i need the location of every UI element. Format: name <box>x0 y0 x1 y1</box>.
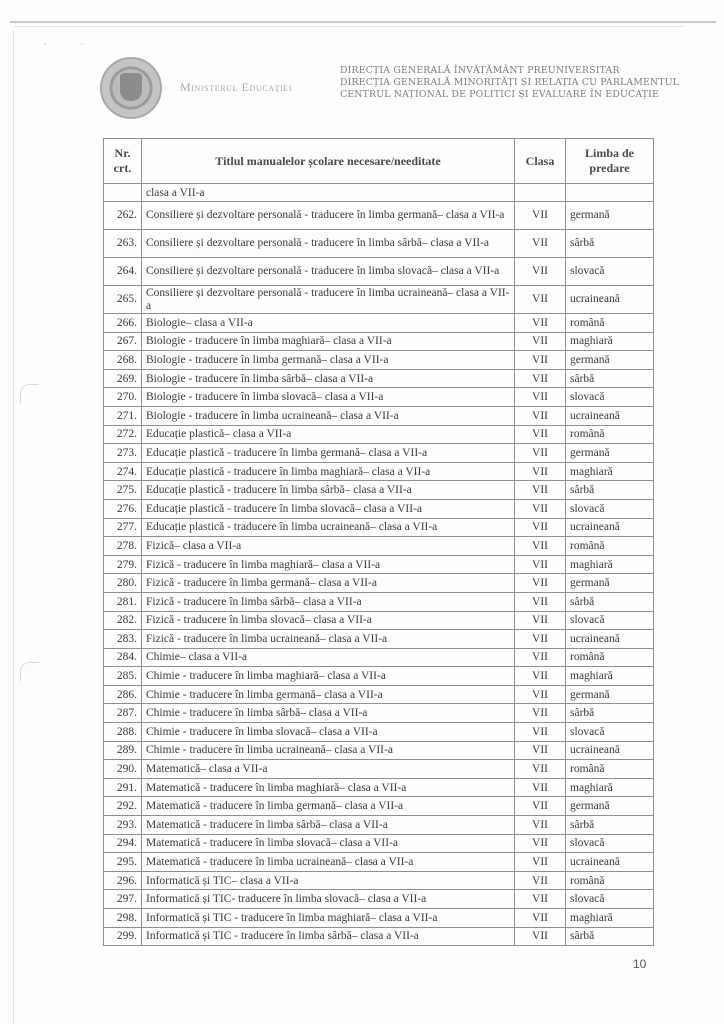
table-row: 283.Fizică - traducere în limba ucrainea… <box>104 630 654 649</box>
row-limba: germană <box>566 797 654 816</box>
table-row: 299.Informatică și TIC - traducere în li… <box>104 927 654 946</box>
row-limba: ucraineană <box>566 630 654 649</box>
row-clasa: VII <box>515 909 566 928</box>
row-title: Matematică - traducere în limba maghiară… <box>142 778 515 797</box>
row-number: 267. <box>104 332 142 351</box>
row-limba: sârbă <box>566 369 654 388</box>
row-title: Educație plastică - traducere în limba s… <box>142 499 515 518</box>
row-clasa: VII <box>515 723 566 742</box>
table-row: 262.Consiliere și dezvoltare personală -… <box>104 202 654 230</box>
row-number: 273. <box>104 444 142 463</box>
row-clasa: VII <box>515 286 566 314</box>
row-title: Biologie - traducere în limba sârbă– cla… <box>142 369 515 388</box>
row-title: Biologie– clasa a VII-a <box>142 314 515 333</box>
row-number: 282. <box>104 611 142 630</box>
table-row: 293.Matematică - traducere în limba sârb… <box>104 816 654 835</box>
row-number: 283. <box>104 630 142 649</box>
row-title: Chimie - traducere în limba ucraineană– … <box>142 741 515 760</box>
row-clasa: VII <box>515 369 566 388</box>
page-number: 10 <box>633 957 646 971</box>
document-header: Ministerul Educației DIRECȚIA GENERALĂ Î… <box>96 55 684 125</box>
row-title: Chimie - traducere în limba germană– cla… <box>142 685 515 704</box>
table-row: 276.Educație plastică - traducere în lim… <box>104 499 654 518</box>
row-title: Biologie - traducere în limba ucraineană… <box>142 406 515 425</box>
row-title: Fizică - traducere în limba ucraineană– … <box>142 630 515 649</box>
row-number: 292. <box>104 797 142 816</box>
row-number: 298. <box>104 909 142 928</box>
direction-line: CENTRUL NAȚIONAL DE POLITICI ȘI EVALUARE… <box>340 89 679 101</box>
row-clasa: VII <box>515 351 566 370</box>
row-limba: sârbă <box>566 481 654 500</box>
row-limba: română <box>566 314 654 333</box>
row-clasa: VII <box>515 258 566 286</box>
row-title: Matematică - traducere în limba ucrainea… <box>142 853 515 872</box>
directions-block: DIRECȚIA GENERALĂ ÎNVĂȚĂMÂNT PREUNIVERSI… <box>340 65 679 101</box>
row-title: Matematică - traducere în limba germană–… <box>142 797 515 816</box>
table-row: 289.Chimie - traducere în limba ucrainea… <box>104 741 654 760</box>
direction-line: DIRECȚIA GENERALĂ ÎNVĂȚĂMÂNT PREUNIVERSI… <box>340 65 679 77</box>
table-row: 286.Chimie - traducere în limba germană–… <box>104 685 654 704</box>
row-clasa: VII <box>515 685 566 704</box>
table-row: 296.Informatică și TIC– clasa a VII-aVII… <box>104 871 654 890</box>
row-limba: sârbă <box>566 816 654 835</box>
row-number: 264. <box>104 258 142 286</box>
row-clasa: VII <box>515 853 566 872</box>
row-limba: maghiară <box>566 778 654 797</box>
scan-dots: · · <box>44 40 99 49</box>
table-row: 268.Biologie - traducere în limba german… <box>104 351 654 370</box>
table-row: 267.Biologie - traducere în limba maghia… <box>104 332 654 351</box>
row-limba: maghiară <box>566 462 654 481</box>
direction-line: DIRECȚIA GENERALĂ MINORITĂȚI ȘI RELAȚIA … <box>340 77 679 89</box>
table-row: 285.Chimie - traducere în limba maghiară… <box>104 667 654 686</box>
table-row: 271.Biologie - traducere în limba ucrain… <box>104 406 654 425</box>
row-title: Consiliere și dezvoltare personală - tra… <box>142 286 515 314</box>
row-limba: română <box>566 537 654 556</box>
row-title: Matematică - traducere în limba slovacă–… <box>142 834 515 853</box>
row-clasa: VII <box>515 778 566 797</box>
row-number: 270. <box>104 388 142 407</box>
row-number: 275. <box>104 481 142 500</box>
row-number: 295. <box>104 853 142 872</box>
row-clasa: VII <box>515 202 566 230</box>
row-clasa: VII <box>515 816 566 835</box>
row-title: Fizică - traducere în limba maghiară– cl… <box>142 555 515 574</box>
row-clasa: VII <box>515 667 566 686</box>
header-limba: Limba de predare <box>566 139 654 184</box>
row-clasa: VII <box>515 630 566 649</box>
row-number: 266. <box>104 314 142 333</box>
row-number: 263. <box>104 230 142 258</box>
table-row: 263.Consiliere și dezvoltare personală -… <box>104 230 654 258</box>
table-row: 279.Fizică - traducere în limba maghiară… <box>104 555 654 574</box>
row-clasa: VII <box>515 611 566 630</box>
table-row: 273.Educație plastică - traducere în lim… <box>104 444 654 463</box>
row-number: 277. <box>104 518 142 537</box>
row-title: Matematică - traducere în limba sârbă– c… <box>142 816 515 835</box>
coat-of-arms-icon <box>120 73 142 101</box>
row-clasa: VII <box>515 890 566 909</box>
row-limba: germană <box>566 202 654 230</box>
table-row: 294.Matematică - traducere în limba slov… <box>104 834 654 853</box>
row-title: Educație plastică - traducere în limba g… <box>142 444 515 463</box>
row-number: 285. <box>104 667 142 686</box>
row-limba: germană <box>566 685 654 704</box>
row-clasa: VII <box>515 230 566 258</box>
row-limba: slovacă <box>566 499 654 518</box>
row-limba: română <box>566 760 654 779</box>
row-title: Matematică– clasa a VII-a <box>142 760 515 779</box>
row-limba: română <box>566 425 654 444</box>
row-clasa: VII <box>515 481 566 500</box>
scan-edge-line <box>14 26 684 27</box>
row-title: Fizică - traducere în limba germană– cla… <box>142 574 515 593</box>
table-row: 266.Biologie– clasa a VII-aVIIromână <box>104 314 654 333</box>
row-number: 284. <box>104 648 142 667</box>
row-number: 288. <box>104 723 142 742</box>
table-row: 284.Chimie– clasa a VII-aVIIromână <box>104 648 654 667</box>
row-title: Consiliere și dezvoltare personală - tra… <box>142 230 515 258</box>
row-number: 297. <box>104 890 142 909</box>
table-row: 274.Educație plastică - traducere în lim… <box>104 462 654 481</box>
row-number: 281. <box>104 592 142 611</box>
row-title: Fizică - traducere în limba sârbă– clasa… <box>142 592 515 611</box>
continuation-row: clasa a VII-a <box>104 184 654 202</box>
punch-hole-mark <box>20 662 39 681</box>
row-title: Consiliere și dezvoltare personală - tra… <box>142 202 515 230</box>
row-number: 268. <box>104 351 142 370</box>
row-title: Educație plastică - traducere în limba u… <box>142 518 515 537</box>
table-row: 264.Consiliere și dezvoltare personală -… <box>104 258 654 286</box>
row-clasa: VII <box>515 444 566 463</box>
row-title: Fizică - traducere în limba slovacă– cla… <box>142 611 515 630</box>
row-limba: maghiară <box>566 909 654 928</box>
row-number: 280. <box>104 574 142 593</box>
row-number: 272. <box>104 425 142 444</box>
row-title: Chimie - traducere în limba sârbă– clasa… <box>142 704 515 723</box>
table-row: 272.Educație plastică– clasa a VII-aVIIr… <box>104 425 654 444</box>
row-clasa: VII <box>515 871 566 890</box>
row-clasa: VII <box>515 518 566 537</box>
row-number: 286. <box>104 685 142 704</box>
table-row: 288.Chimie - traducere în limba slovacă–… <box>104 723 654 742</box>
row-title: Informatică și TIC - traducere în limba … <box>142 927 515 946</box>
row-limba: ucraineană <box>566 406 654 425</box>
table-row: 277.Educație plastică - traducere în lim… <box>104 518 654 537</box>
row-number: 278. <box>104 537 142 556</box>
row-clasa: VII <box>515 537 566 556</box>
row-clasa: VII <box>515 927 566 946</box>
row-limba: română <box>566 871 654 890</box>
continuation-text: clasa a VII-a <box>142 184 515 202</box>
row-title: Educație plastică– clasa a VII-a <box>142 425 515 444</box>
row-limba: germană <box>566 444 654 463</box>
row-clasa: VII <box>515 388 566 407</box>
row-number: 299. <box>104 927 142 946</box>
header-title: Titlul manualelor școlare necesare/needi… <box>142 139 515 184</box>
row-title: Informatică și TIC - traducere în limba … <box>142 909 515 928</box>
row-number: 290. <box>104 760 142 779</box>
row-clasa: VII <box>515 555 566 574</box>
table-row: 292.Matematică - traducere în limba germ… <box>104 797 654 816</box>
row-title: Biologie - traducere în limba germană– c… <box>142 351 515 370</box>
row-limba: slovacă <box>566 388 654 407</box>
row-title: Educație plastică - traducere în limba m… <box>142 462 515 481</box>
row-clasa: VII <box>515 406 566 425</box>
row-limba: ucraineană <box>566 741 654 760</box>
table-row: 287.Chimie - traducere în limba sârbă– c… <box>104 704 654 723</box>
table-row: 298.Informatică și TIC - traducere în li… <box>104 909 654 928</box>
government-seal-icon <box>100 57 162 119</box>
row-limba: sârbă <box>566 230 654 258</box>
row-clasa: VII <box>515 425 566 444</box>
row-number: 293. <box>104 816 142 835</box>
row-limba: sârbă <box>566 927 654 946</box>
row-title: Biologie - traducere în limba slovacă– c… <box>142 388 515 407</box>
row-clasa: VII <box>515 760 566 779</box>
ministry-name: Ministerul Educației <box>180 80 292 95</box>
table-row: 282.Fizică - traducere în limba slovacă–… <box>104 611 654 630</box>
table-row: 280.Fizică - traducere în limba germană–… <box>104 574 654 593</box>
row-limba: română <box>566 648 654 667</box>
row-clasa: VII <box>515 834 566 853</box>
header-nr: Nr. crt. <box>104 139 142 184</box>
row-limba: slovacă <box>566 611 654 630</box>
row-limba: ucraineană <box>566 286 654 314</box>
row-limba: slovacă <box>566 723 654 742</box>
row-number: 287. <box>104 704 142 723</box>
textbooks-table: Nr. crt. Titlul manualelor școlare neces… <box>103 138 654 946</box>
row-number: 271. <box>104 406 142 425</box>
row-limba: maghiară <box>566 555 654 574</box>
row-clasa: VII <box>515 704 566 723</box>
row-title: Chimie - traducere în limba maghiară– cl… <box>142 667 515 686</box>
row-title: Fizică– clasa a VII-a <box>142 537 515 556</box>
row-limba: germană <box>566 351 654 370</box>
scan-edge-line <box>10 21 716 23</box>
row-number: 296. <box>104 871 142 890</box>
row-number: 265. <box>104 286 142 314</box>
table-row: 291.Matematică - traducere în limba magh… <box>104 778 654 797</box>
table-row: 278.Fizică– clasa a VII-aVIIromână <box>104 537 654 556</box>
row-title: Informatică și TIC– clasa a VII-a <box>142 871 515 890</box>
table-header-row: Nr. crt. Titlul manualelor școlare neces… <box>104 139 654 184</box>
row-limba: sârbă <box>566 704 654 723</box>
row-title: Chimie - traducere în limba slovacă– cla… <box>142 723 515 742</box>
row-clasa: VII <box>515 499 566 518</box>
row-clasa: VII <box>515 462 566 481</box>
table-row: 297.Informatică și TIC- traducere în lim… <box>104 890 654 909</box>
row-number: 274. <box>104 462 142 481</box>
table-row: 290.Matematică– clasa a VII-aVIIromână <box>104 760 654 779</box>
scan-left-edge <box>13 30 14 1024</box>
row-limba: slovacă <box>566 890 654 909</box>
header-clasa: Clasa <box>515 139 566 184</box>
row-limba: sârbă <box>566 592 654 611</box>
table-row: 295.Matematică - traducere în limba ucra… <box>104 853 654 872</box>
row-number: 289. <box>104 741 142 760</box>
row-clasa: VII <box>515 648 566 667</box>
table-row: 281.Fizică - traducere în limba sârbă– c… <box>104 592 654 611</box>
row-limba: ucraineană <box>566 518 654 537</box>
row-number: 269. <box>104 369 142 388</box>
table-row: 269.Biologie - traducere în limba sârbă–… <box>104 369 654 388</box>
row-number: 279. <box>104 555 142 574</box>
row-title: Chimie– clasa a VII-a <box>142 648 515 667</box>
row-limba: maghiară <box>566 667 654 686</box>
table-row: 275.Educație plastică - traducere în lim… <box>104 481 654 500</box>
row-clasa: VII <box>515 574 566 593</box>
table-row: 270.Biologie - traducere în limba slovac… <box>104 388 654 407</box>
punch-hole-mark <box>20 384 39 403</box>
table-row: 265.Consiliere și dezvoltare personală -… <box>104 286 654 314</box>
row-clasa: VII <box>515 797 566 816</box>
row-title: Biologie - traducere în limba maghiară– … <box>142 332 515 351</box>
row-number: 294. <box>104 834 142 853</box>
row-limba: germană <box>566 574 654 593</box>
row-number: 291. <box>104 778 142 797</box>
row-clasa: VII <box>515 592 566 611</box>
row-title: Informatică și TIC- traducere în limba s… <box>142 890 515 909</box>
row-limba: slovacă <box>566 834 654 853</box>
row-clasa: VII <box>515 741 566 760</box>
row-limba: maghiară <box>566 332 654 351</box>
row-clasa: VII <box>515 314 566 333</box>
row-number: 262. <box>104 202 142 230</box>
row-clasa: VII <box>515 332 566 351</box>
row-title: Consiliere și dezvoltare personală - tra… <box>142 258 515 286</box>
row-number: 276. <box>104 499 142 518</box>
row-title: Educație plastică - traducere în limba s… <box>142 481 515 500</box>
row-limba: slovacă <box>566 258 654 286</box>
row-limba: ucraineană <box>566 853 654 872</box>
